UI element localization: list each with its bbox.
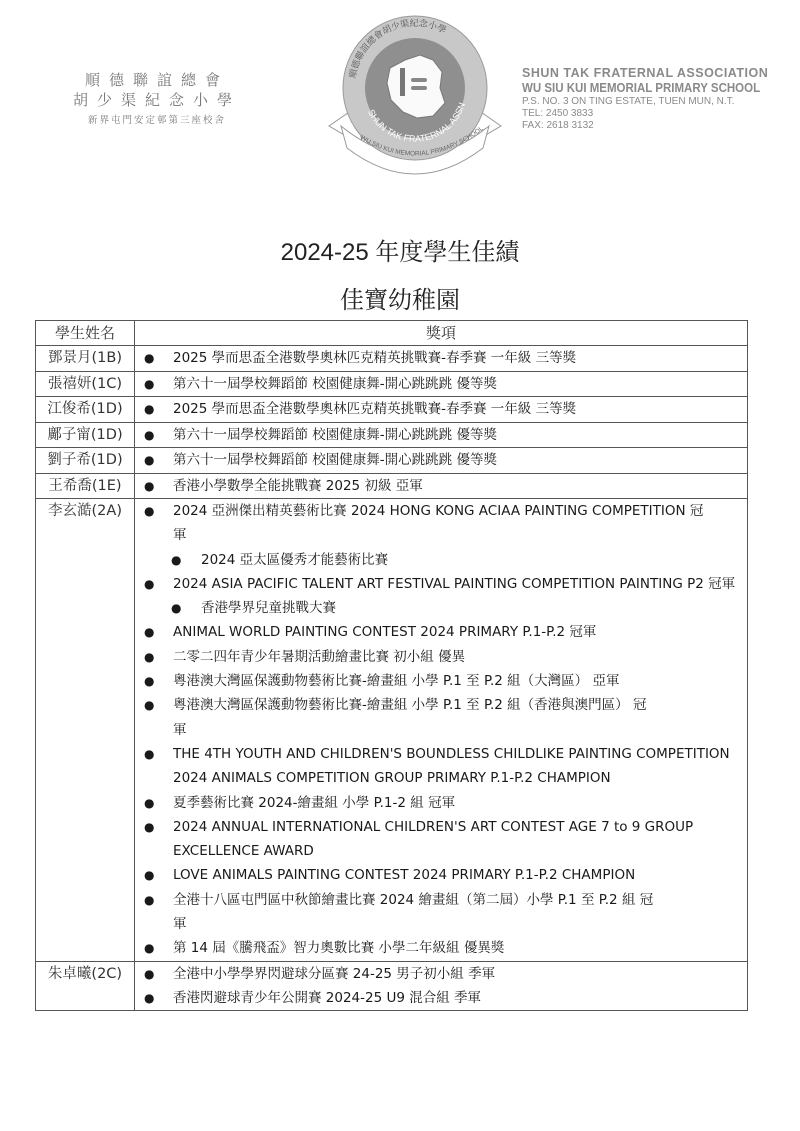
award-item: ●2024 ANNUAL INTERNATIONAL CHILDREN'S AR… [135, 815, 747, 839]
school-name-en: WU SIU KUI MEMORIAL PRIMARY SCHOOL [522, 81, 760, 96]
award-text-continuation: EXCELLENCE AWARD [135, 839, 747, 863]
bullet-icon: ● [135, 620, 173, 644]
award-text: 第六十一屆學校舞蹈節 校園健康舞-開心跳跳跳 優等獎 [173, 423, 747, 447]
awards-table-body: 鄧景月(1B)●2025 學而思盃全港數學奧林匹克精英挑戰賽-春季賽 一年級 三… [36, 346, 748, 1011]
award-item: ●2025 學而思盃全港數學奧林匹克精英挑戰賽-春季賽 一年級 三等獎 [135, 397, 747, 421]
awards-cell: ●香港小學數學全能挑戰賽 2025 初級 亞軍 [135, 473, 748, 499]
student-name: 劉子希(1D) [36, 448, 135, 474]
awards-cell: ●2025 學而思盃全港數學奧林匹克精英挑戰賽-春季賽 一年級 三等獎 [135, 397, 748, 423]
award-item: ●LOVE ANIMALS PAINTING CONTEST 2024 PRIM… [135, 863, 747, 887]
table-row: 劉子希(1D)●第六十一屆學校舞蹈節 校園健康舞-開心跳跳跳 優等獎 [36, 448, 748, 474]
awards-cell: ●全港中小學學界閃避球分區賽 24-25 男子初小組 季軍●香港閃避球青少年公開… [135, 961, 748, 1011]
award-text: 香港閃避球青少年公開賽 2024-25 U9 混合組 季軍 [173, 986, 747, 1010]
page-subtitle: 佳寶幼稚園 [0, 280, 800, 315]
award-text: 2025 學而思盃全港數學奧林匹克精英挑戰賽-春季賽 一年級 三等獎 [173, 397, 747, 421]
bullet-icon: ● [135, 815, 173, 839]
bullet-icon: ● [135, 499, 173, 523]
award-text: 第 14 屆《騰飛盃》智力奧數比賽 小學二年級組 優異獎 [173, 936, 747, 960]
award-item: ●THE 4TH YOUTH AND CHILDREN'S BOUNDLESS … [135, 742, 747, 766]
bullet-icon: ● [135, 742, 173, 766]
student-name: 江俊希(1D) [36, 397, 135, 423]
award-item: ●香港閃避球青少年公開賽 2024-25 U9 混合組 季軍 [135, 986, 747, 1010]
school-name-chinese: 順德聯誼總會 胡少渠紀念小學 新界屯門安定邨第三座校舍 [52, 70, 262, 130]
table-header-row: 學生姓名 獎項 [36, 321, 748, 346]
student-name: 朱卓曦(2C) [36, 961, 135, 1011]
bullet-icon: ● [135, 791, 173, 815]
table-row: 江俊希(1D)●2025 學而思盃全港數學奧林匹克精英挑戰賽-春季賽 一年級 三… [36, 397, 748, 423]
sub-award-item: ●2024 亞太區優秀才能藝術比賽 [135, 548, 747, 572]
school-address-en: P.S. NO. 3 ON TING ESTATE, TUEN MUN, N.T… [522, 96, 781, 108]
school-address-zh: 新界屯門安定邨第三座校舍 [52, 112, 262, 130]
table-row: 張禧妍(1C)●第六十一屆學校舞蹈節 校園健康舞-開心跳跳跳 優等獎 [36, 371, 748, 397]
table-row: 王希喬(1E)●香港小學數學全能挑戰賽 2025 初級 亞軍 [36, 473, 748, 499]
awards-cell: ●第六十一屆學校舞蹈節 校園健康舞-開心跳跳跳 優等獎 [135, 371, 748, 397]
student-name: 李玄澔(2A) [36, 499, 135, 962]
award-text: 2025 學而思盃全港數學奧林匹克精英挑戰賽-春季賽 一年級 三等獎 [173, 346, 747, 370]
student-name: 王希喬(1E) [36, 473, 135, 499]
award-text: 夏季藝術比賽 2024-繪畫組 小學 P.1-2 組 冠軍 [173, 791, 747, 815]
page-title: 2024-25 年度學生佳績 [0, 232, 800, 267]
bullet-icon: ● [135, 693, 173, 717]
awards-cell: ●2025 學而思盃全港數學奧林匹克精英挑戰賽-春季賽 一年級 三等獎 [135, 346, 748, 372]
award-text: ANIMAL WORLD PAINTING CONTEST 2024 PRIMA… [173, 620, 747, 644]
bullet-icon: ● [135, 645, 173, 669]
award-text: 全港中小學學界閃避球分區賽 24-25 男子初小組 季軍 [173, 962, 747, 986]
bullet-icon: ● [135, 986, 173, 1010]
bullet-icon: ● [135, 863, 173, 887]
bullet-icon: ● [135, 596, 201, 620]
award-text: 香港學界兒童挑戰大賽 [201, 596, 747, 620]
table-row: 朱卓曦(2C)●全港中小學學界閃避球分區賽 24-25 男子初小組 季軍●香港閃… [36, 961, 748, 1011]
award-text-continuation: 軍 [135, 718, 747, 742]
award-text: 香港小學數學全能挑戰賽 2025 初級 亞軍 [173, 474, 747, 498]
award-text: LOVE ANIMALS PAINTING CONTEST 2024 PRIMA… [173, 863, 747, 887]
award-text: 第六十一屆學校舞蹈節 校園健康舞-開心跳跳跳 優等獎 [173, 372, 747, 396]
bullet-icon: ● [135, 397, 173, 421]
award-text: 2024 亞太區優秀才能藝術比賽 [201, 548, 747, 572]
awards-cell: ●第六十一屆學校舞蹈節 校園健康舞-開心跳跳跳 優等獎 [135, 422, 748, 448]
award-item: ●第 14 屆《騰飛盃》智力奧數比賽 小學二年級組 優異獎 [135, 936, 747, 960]
award-text: 2024 ASIA PACIFIC TALENT ART FESTIVAL PA… [173, 572, 747, 596]
school-logo-icon: 順德聯誼總會胡少渠紀念小學 SHUN TAK FRATERNAL ASSN WU… [325, 8, 505, 178]
award-item: ●第六十一屆學校舞蹈節 校園健康舞-開心跳跳跳 優等獎 [135, 372, 747, 396]
award-text: THE 4TH YOUTH AND CHILDREN'S BOUNDLESS C… [173, 742, 747, 766]
award-item: ●第六十一屆學校舞蹈節 校園健康舞-開心跳跳跳 優等獎 [135, 423, 747, 447]
awards-table: 學生姓名 獎項 鄧景月(1B)●2025 學而思盃全港數學奧林匹克精英挑戰賽-春… [35, 320, 748, 1011]
award-text: 全港十八區屯門區中秋節繪畫比賽 2024 繪畫組（第二屆）小學 P.1 至 P.… [173, 888, 747, 912]
bullet-icon: ● [135, 962, 173, 986]
award-item: ●2024 ASIA PACIFIC TALENT ART FESTIVAL P… [135, 572, 747, 596]
award-text: 二零二四年青少年暑期活動繪畫比賽 初小組 優異 [173, 645, 747, 669]
header-student-name: 學生姓名 [36, 321, 135, 346]
table-row: 鄧景月(1B)●2025 學而思盃全港數學奧林匹克精英挑戰賽-春季賽 一年級 三… [36, 346, 748, 372]
award-text-continuation: 軍 [135, 912, 747, 936]
award-text: 粵港澳大灣區保護動物藝術比賽-繪畫組 小學 P.1 至 P.2 組（香港與澳門區… [173, 693, 747, 717]
school-name-english: SHUN TAK FRATERNAL ASSOCIATION WU SIU KU… [522, 66, 781, 132]
award-item: ●全港中小學學界閃避球分區賽 24-25 男子初小組 季軍 [135, 962, 747, 986]
sub-award-item: ●香港學界兒童挑戰大賽 [135, 596, 747, 620]
bullet-icon: ● [135, 888, 173, 912]
student-name: 鄺子甯(1D) [36, 422, 135, 448]
header-awards: 獎項 [135, 321, 748, 346]
bullet-icon: ● [135, 572, 173, 596]
table-row: 李玄澔(2A)●2024 亞洲傑出精英藝術比賽 2024 HONG KONG A… [36, 499, 748, 962]
award-item: ●2025 學而思盃全港數學奧林匹克精英挑戰賽-春季賽 一年級 三等獎 [135, 346, 747, 370]
school-tel: TEL: 2450 3833 [522, 108, 781, 120]
award-item: ●夏季藝術比賽 2024-繪畫組 小學 P.1-2 組 冠軍 [135, 791, 747, 815]
table-row: 鄺子甯(1D)●第六十一屆學校舞蹈節 校園健康舞-開心跳跳跳 優等獎 [36, 422, 748, 448]
bullet-icon: ● [135, 548, 201, 572]
association-name-zh: 順德聯誼總會 [52, 70, 262, 90]
award-item: ●ANIMAL WORLD PAINTING CONTEST 2024 PRIM… [135, 620, 747, 644]
awards-cell: ●2024 亞洲傑出精英藝術比賽 2024 HONG KONG ACIAA PA… [135, 499, 748, 962]
award-text: 2024 ANNUAL INTERNATIONAL CHILDREN'S ART… [173, 815, 747, 839]
bullet-icon: ● [135, 346, 173, 370]
award-item: ●香港小學數學全能挑戰賽 2025 初級 亞軍 [135, 474, 747, 498]
bullet-icon: ● [135, 669, 173, 693]
bullet-icon: ● [135, 936, 173, 960]
bullet-icon: ● [135, 372, 173, 396]
award-text-continuation: 軍 [135, 523, 747, 547]
school-fax: FAX: 2618 3132 [522, 120, 781, 132]
award-text: 2024 亞洲傑出精英藝術比賽 2024 HONG KONG ACIAA PAI… [173, 499, 747, 523]
award-item: ●2024 亞洲傑出精英藝術比賽 2024 HONG KONG ACIAA PA… [135, 499, 747, 523]
award-item: ●粵港澳大灣區保護動物藝術比賽-繪畫組 小學 P.1 至 P.2 組（大灣區） … [135, 669, 747, 693]
student-name: 張禧妍(1C) [36, 371, 135, 397]
student-name: 鄧景月(1B) [36, 346, 135, 372]
association-name-en: SHUN TAK FRATERNAL ASSOCIATION [522, 66, 781, 81]
school-name-zh: 胡少渠紀念小學 [52, 90, 262, 110]
bullet-icon: ● [135, 474, 173, 498]
award-item: ●二零二四年青少年暑期活動繪畫比賽 初小組 優異 [135, 645, 747, 669]
award-text: 粵港澳大灣區保護動物藝術比賽-繪畫組 小學 P.1 至 P.2 組（大灣區） 亞… [173, 669, 747, 693]
award-item: ●全港十八區屯門區中秋節繪畫比賽 2024 繪畫組（第二屆）小學 P.1 至 P… [135, 888, 747, 912]
award-text: 第六十一屆學校舞蹈節 校園健康舞-開心跳跳跳 優等獎 [173, 448, 747, 472]
letterhead: 順德聯誼總會 胡少渠紀念小學 新界屯門安定邨第三座校舍 順德聯誼總會胡少渠紀念小… [0, 0, 800, 150]
bullet-icon: ● [135, 423, 173, 447]
awards-cell: ●第六十一屆學校舞蹈節 校園健康舞-開心跳跳跳 優等獎 [135, 448, 748, 474]
award-item: ●第六十一屆學校舞蹈節 校園健康舞-開心跳跳跳 優等獎 [135, 448, 747, 472]
award-text-continuation: 2024 ANIMALS COMPETITION GROUP PRIMARY P… [135, 766, 747, 790]
bullet-icon: ● [135, 448, 173, 472]
award-item: ●粵港澳大灣區保護動物藝術比賽-繪畫組 小學 P.1 至 P.2 組（香港與澳門… [135, 693, 747, 717]
